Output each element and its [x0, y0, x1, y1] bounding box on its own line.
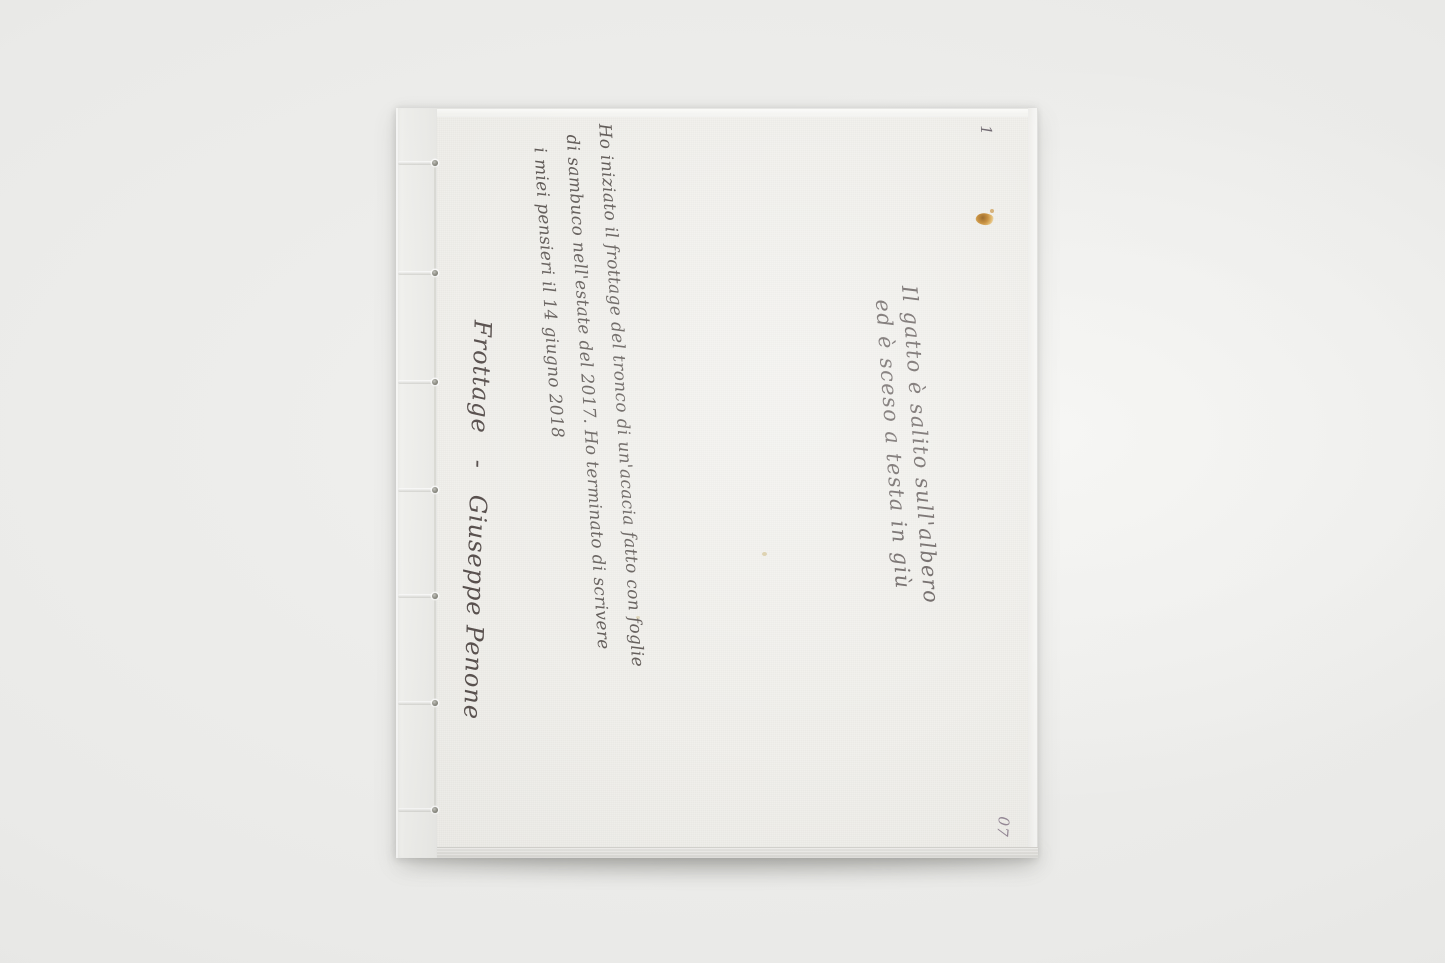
paper-speck	[636, 616, 640, 619]
stitch-hole-dot	[432, 270, 438, 276]
stitch-hole-dot	[432, 160, 438, 166]
artist-signature: Frottage - Giuseppe Penone	[457, 320, 496, 751]
handwritten-note: Ho iniziato il frottage del tronco di un…	[521, 123, 656, 728]
artist-book-cover: Il gatto è salito sull'albero ed è sceso…	[396, 108, 1038, 858]
page-block-top-edge	[396, 108, 1038, 117]
work-title-label: Frottage	[466, 320, 497, 434]
handwritten-title: Il gatto è salito sull'albero ed è sceso…	[868, 285, 950, 688]
page-block-fore-edge	[1028, 108, 1038, 858]
page-block-bottom-edge	[396, 847, 1038, 858]
binding-thread-loop	[398, 271, 435, 275]
binding-thread-loop	[398, 488, 435, 492]
rust-stain	[975, 211, 995, 228]
binding-thread-loop	[398, 594, 435, 598]
corner-number-bottom: 07	[993, 816, 1013, 839]
rust-stain-dot	[990, 209, 994, 213]
binding-thread-loop	[398, 808, 435, 812]
stitch-hole-dot	[432, 700, 438, 706]
binding-thread-loop	[398, 161, 435, 165]
corner-number-top: 1	[977, 125, 995, 135]
stitch-hole-dot	[432, 807, 438, 813]
stitch-hole-dot	[432, 487, 438, 493]
binding-thread-loop	[398, 380, 435, 384]
stitch-hole-dot	[432, 593, 438, 599]
paper-speck	[762, 552, 767, 556]
stitch-hole-dot	[432, 379, 438, 385]
spine-binding-strip	[396, 108, 437, 858]
binding-thread-loop	[398, 701, 435, 705]
signature-separator: -	[465, 459, 493, 469]
photo-background: Il gatto è salito sull'albero ed è sceso…	[0, 0, 1445, 963]
artist-name: Giuseppe Penone	[458, 495, 492, 721]
